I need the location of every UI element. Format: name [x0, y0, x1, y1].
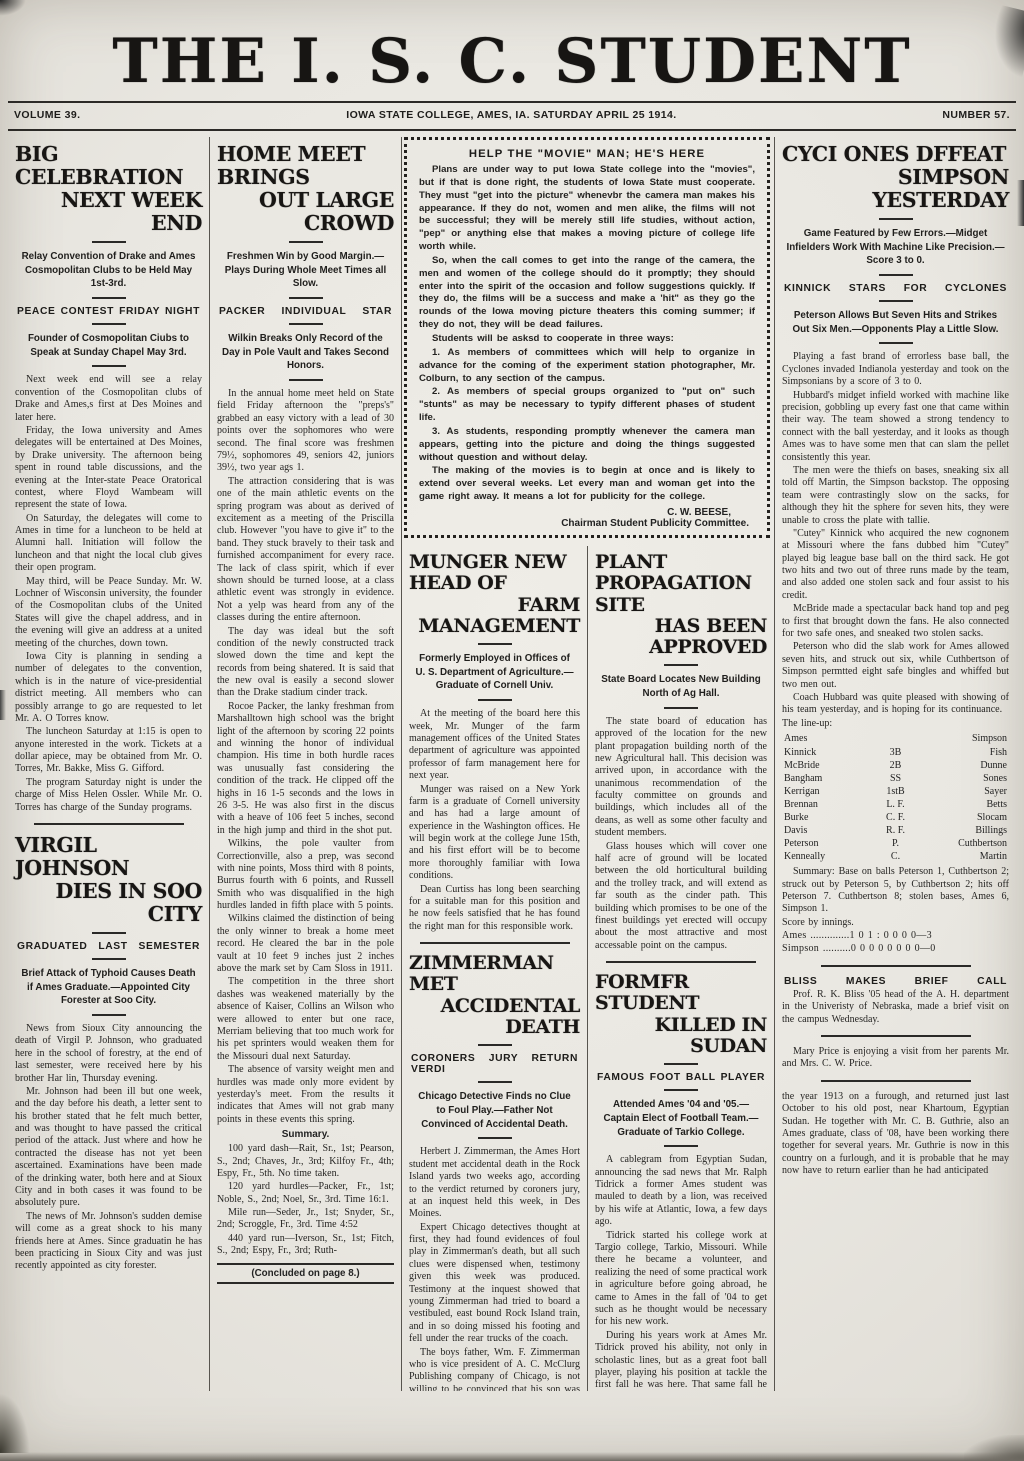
player-name: Brennan [784, 798, 874, 811]
masthead: THE I. S. C. STUDENT VOLUME 39. IOWA STA… [0, 0, 1024, 131]
body-paragraph: Coach Hubbard was quite pleased with sho… [782, 692, 1009, 717]
divider [879, 218, 913, 220]
newspaper-page: THE I. S. C. STUDENT VOLUME 39. IOWA STA… [0, 0, 1024, 1461]
team-name-away: Simpson [918, 732, 1008, 745]
article-headline: BIG CELEBRATIONNEXT WEEK END [15, 143, 202, 235]
lineup-row: BanghamSSSones [784, 772, 1007, 785]
notice-body: Plans are under way to put Iowa State co… [419, 164, 755, 504]
player-name: Martin [918, 850, 1008, 863]
lineup-row: BrennanL. F.Betts [784, 798, 1007, 811]
notice-title: HELP THE "MOVIE" MAN; HE'S HERE [419, 148, 755, 160]
notice-paragraph: 2. As members of special groups organize… [419, 386, 755, 425]
lineup-row: PetersonP.Cuthbertson [784, 837, 1007, 850]
divider [92, 365, 126, 367]
column-1: BIG CELEBRATIONNEXT WEEK ENDRelay Conven… [8, 137, 210, 1391]
headline-line: SIMPSON YESTERDAY [782, 166, 1009, 212]
position: C. F. [874, 811, 918, 824]
divider [478, 1137, 512, 1139]
headline-line: HOME MEET BRINGS [217, 143, 394, 189]
divider [92, 297, 126, 299]
body-paragraph: Hubbard's midget infield worked with mac… [782, 390, 1009, 464]
body-paragraph: On Saturday, the delegates will come to … [15, 513, 202, 575]
position: SS [874, 772, 918, 785]
divider [289, 297, 323, 299]
divider [879, 300, 913, 302]
body-paragraph: The news of Mr. Johnson's sudden demise … [15, 1211, 202, 1273]
player-name: Betts [918, 798, 1008, 811]
player-name: Kinnick [784, 746, 874, 759]
lineup-table: AmesSimpsonKinnick3BFishMcBride2BDunneBa… [784, 732, 1007, 863]
player-name: Sones [918, 772, 1008, 785]
position: P. [874, 837, 918, 850]
player-name: Cuthbertson [918, 837, 1008, 850]
article-headline: FORMFR STUDENTKILLED IN SUDAN [595, 972, 767, 1057]
article-headline: ZIMMERMAN METACCIDENTAL DEATH [409, 953, 580, 1038]
divider [92, 958, 126, 960]
notice-paragraph: 1. As members of committees which will h… [419, 347, 755, 386]
position: R. F. [874, 824, 918, 837]
article-headline: MUNGER NEW HEAD OFFARM MANAGEMENT [409, 552, 580, 637]
divider [289, 323, 323, 325]
body-paragraph: The line-up: [782, 718, 1009, 730]
article-divider [420, 942, 570, 944]
body-paragraph: Wilkins, the pole vaulter from Correctio… [217, 838, 394, 912]
position: 1stB [874, 785, 918, 798]
body-paragraph: 100 yard dash—Rait, Sr., 1st; Pearson, S… [217, 1143, 394, 1180]
lineup-row: KenneallyC.Martin [784, 850, 1007, 863]
article-subhead: CORONERS JURY RETURN VERDI [411, 1053, 578, 1075]
body-paragraph: Mr. Johnson had been ill but one week, a… [15, 1086, 202, 1210]
headline-line: NEXT WEEK END [15, 189, 202, 235]
section-label: Summary. [217, 1129, 394, 1140]
body-paragraph: the year 1913 on a furough, and returned… [782, 1091, 1009, 1178]
body-paragraph: A cablegram from Egyptian Sudan, announc… [595, 1154, 767, 1228]
article-subhead: PEACE CONTEST FRIDAY NIGHT [17, 306, 200, 317]
body-paragraph: The day was ideal but the soft condition… [217, 626, 394, 700]
headline-line: ACCIDENTAL DEATH [409, 996, 580, 1039]
headline-line: MUNGER NEW HEAD OF [409, 552, 580, 595]
lineup-row: BurkeC. F.Slocam [784, 811, 1007, 824]
notice-paragraph: So, when the call comes to get into the … [419, 255, 755, 332]
dateline: IOWA STATE COLLEGE, AMES, IA. SATURDAY A… [346, 109, 676, 121]
headline-line: FORMFR STUDENT [595, 972, 767, 1015]
headline-line: KILLED IN SUDAN [595, 1015, 767, 1058]
body-paragraph: Next week end will see a relay conventio… [15, 374, 202, 424]
volume-label: VOLUME 39. [14, 109, 80, 121]
body-paragraph: Munger was raised on a New York farm is … [409, 784, 580, 883]
article-headline: VIRGIL JOHNSONDIES IN SOO CITY [15, 834, 202, 926]
number-label: NUMBER 57. [942, 109, 1010, 121]
lineup-row: Kinnick3BFish [784, 746, 1007, 759]
divider [879, 274, 913, 276]
player-name: Bangham [784, 772, 874, 785]
print-smudge [1017, 180, 1024, 226]
player-name: Burke [784, 811, 874, 824]
headline-line: FARM MANAGEMENT [409, 595, 580, 638]
body-paragraph: In the annual home meet held on State fi… [217, 388, 394, 475]
article-divider [821, 1080, 971, 1082]
body-paragraph: Mile run—Seder, Jr., 1st; Snyder, Sr., 2… [217, 1207, 394, 1232]
body-paragraph: The attraction considering that is was o… [217, 476, 394, 625]
masthead-infoline: VOLUME 39. IOWA STATE COLLEGE, AMES, IA.… [0, 103, 1024, 125]
divider [664, 1145, 698, 1147]
divider [879, 342, 913, 344]
article-deck: Peterson Allows But Seven Hits and Strik… [786, 309, 1005, 336]
article-deck: State Board Locates New Building North o… [599, 673, 763, 700]
score-line: Simpson ..........0 0 0 0 0 0 0 0—0 [782, 943, 1009, 955]
player-name: McBride [784, 759, 874, 772]
article-divider [821, 965, 971, 967]
article-deck: Chicago Detective Finds no Clue to Foul … [413, 1090, 576, 1131]
article-deck: Freshmen Win by Good Margin.— Plays Duri… [221, 250, 390, 291]
position: C. [874, 850, 918, 863]
body-paragraph: 120 yard hurdles—Packer, Fr., 1st; Noble… [217, 1181, 394, 1206]
body-paragraph: "Cutey" Kinnick who acquired the new cog… [782, 528, 1009, 602]
body-paragraph: News from Sioux City announcing the deat… [15, 1023, 202, 1085]
body-paragraph: The program Saturday night is under the … [15, 777, 202, 814]
body-paragraph: Glass houses which will cover one half a… [595, 841, 767, 953]
article-subhead: PACKER INDIVIDUAL STAR [219, 306, 392, 317]
divider [664, 1089, 698, 1091]
print-smudge [0, 690, 6, 720]
article-headline: HOME MEET BRINGSOUT LARGE CROWD [217, 143, 394, 235]
player-name: Kenneally [784, 850, 874, 863]
article-subhead: FAMOUS FOOT BALL PLAYER [597, 1072, 765, 1083]
article-deck: Founder of Cosmopolitan Ciubs to Speak a… [19, 332, 198, 359]
player-name: Slocam [918, 811, 1008, 824]
body-paragraph: Peterson who did the slab work for Ames … [782, 641, 1009, 691]
article-subhead: BLISS MAKES BRIEF CALL [784, 976, 1007, 987]
body-paragraph: The state board of education has approve… [595, 716, 767, 840]
divider [664, 707, 698, 709]
player-name: Sayer [918, 785, 1008, 798]
divider [664, 664, 698, 666]
body-paragraph: The boys father, Wm. F. Zimmerman who is… [409, 1347, 580, 1391]
lineup-header: AmesSimpson [784, 732, 1007, 745]
body-paragraph: Prof. R. K. Bliss '05 head of the A. H. … [782, 989, 1009, 1026]
body-paragraph: Playing a fast brand of errorless base b… [782, 351, 1009, 388]
article-divider [606, 961, 756, 963]
article-deck: Game Featured by Few Errors.—Midget Infi… [786, 227, 1005, 268]
body-paragraph: The absence of varsity weight men and hu… [217, 1064, 394, 1126]
body-paragraph: Wilkins claimed the distinction of being… [217, 913, 394, 975]
divider [478, 643, 512, 645]
movie-man-notice-box: HELP THE "MOVIE" MAN; HE'S HERE Plans ar… [404, 137, 770, 538]
headline-line: ZIMMERMAN MET [409, 953, 580, 996]
body-paragraph: Summary: Base on balls Peterson 1, Cuthb… [782, 866, 1009, 916]
body-paragraph: Friday, the Iowa university and Ames del… [15, 425, 202, 512]
column-3: MUNGER NEW HEAD OFFARM MANAGEMENTFormerl… [402, 546, 588, 1391]
signature-name: C. W. BEESE, [419, 507, 755, 518]
headline-line: BIG CELEBRATION [15, 143, 202, 189]
lineup-row: DavisR. F.Billings [784, 824, 1007, 837]
article-deck: Attended Ames '04 and '05.—Captain Elect… [599, 1098, 763, 1139]
headline-line: VIRGIL JOHNSON [15, 834, 202, 880]
score-line: Ames ..............1 0 1 : 0 0 0 0—3 [782, 930, 1009, 942]
lineup-row: Kerrigan1stBSayer [784, 785, 1007, 798]
player-name: Dunne [918, 759, 1008, 772]
masthead-rule [8, 129, 1016, 131]
body-paragraph: The competition in the three short dashe… [217, 976, 394, 1063]
article-headline: CYCI ONES DFFEATSIMPSON YESTERDAY [782, 143, 1009, 212]
body-paragraph: Mary Price is enjoying a visit from her … [782, 1046, 1009, 1071]
article-deck: Brief Attack of Typhoid Causes Death if … [19, 967, 198, 1008]
divider [289, 379, 323, 381]
divider [92, 241, 126, 243]
body-paragraph: Herbert J. Zimmerman, the Ames Hort stud… [409, 1146, 580, 1220]
body-paragraph: During his years work at Ames Mr. Tidric… [595, 1330, 767, 1391]
lineup-row: McBride2BDunne [784, 759, 1007, 772]
column-5: CYCI ONES DFFEATSIMPSON YESTERDAYGame Fe… [774, 137, 1016, 1391]
body-paragraph: The luncheon Saturday at 1:15 is open to… [15, 726, 202, 776]
divider [478, 1044, 512, 1046]
headline-line: OUT LARGE CROWD [217, 189, 394, 235]
divider [289, 241, 323, 243]
article-deck: Relay Convention of Drake and Ames Cosmo… [19, 250, 198, 291]
column-2: HOME MEET BRINGSOUT LARGE CROWDFreshmen … [210, 137, 402, 1391]
player-name: Billings [918, 824, 1008, 837]
body-paragraph: Expert Chicago detectives thought at fir… [409, 1222, 580, 1346]
body-paragraph: Tidrick started his college work at Targ… [595, 1230, 767, 1329]
position: 2B [874, 759, 918, 772]
article-deck: Formerly Employed in Offices of U. S. De… [413, 652, 576, 693]
column-grid: BIG CELEBRATIONNEXT WEEK ENDRelay Conven… [8, 137, 1016, 1391]
divider [478, 1081, 512, 1083]
body-paragraph: The men were the thiefs on bases, sneaki… [782, 465, 1009, 527]
column-4: PLANT PROPAGATION SITEHAS BEEN APPROVEDS… [588, 546, 774, 1391]
spacer [874, 732, 918, 745]
star-border-box: HELP THE "MOVIE" MAN; HE'S HERE Plans ar… [404, 137, 770, 538]
body-paragraph: 440 yard run—Iverson, Sr., 1st; Fitch, S… [217, 1233, 394, 1258]
body-paragraph: Score by innings. [782, 917, 1009, 929]
player-name: Peterson [784, 837, 874, 850]
headline-line: HAS BEEN APPROVED [595, 616, 767, 659]
divider [664, 1063, 698, 1065]
notice-paragraph: Students will be asksd to cooperate in t… [419, 333, 755, 346]
divider [92, 1014, 126, 1016]
team-name-home: Ames [784, 732, 874, 745]
divider [92, 932, 126, 934]
article-deck: Wilkin Breaks Only Record of the Day in … [221, 332, 390, 373]
body-paragraph: Iowa City is planning in sending a numbe… [15, 651, 202, 725]
article-divider [34, 823, 184, 825]
divider [92, 323, 126, 325]
print-smudge [0, 1393, 30, 1453]
position: L. F. [874, 798, 918, 811]
newspaper-title: THE I. S. C. STUDENT [0, 30, 1024, 94]
position: 3B [874, 746, 918, 759]
player-name: Davis [784, 824, 874, 837]
scan-edge [0, 1452, 1024, 1461]
body-paragraph: At the meeting of the board here this we… [409, 708, 580, 782]
notice-paragraph: The making of the movies is to begin at … [419, 465, 755, 504]
divider [478, 699, 512, 701]
article-subhead: GRADUATED LAST SEMESTER [17, 941, 200, 952]
body-paragraph: McBride made a spectacular back hand top… [782, 603, 1009, 640]
article-subhead: KINNICK STARS FOR CYCLONES [784, 283, 1007, 294]
body-paragraph: May third, will be Peace Sunday. Mr. W. … [15, 576, 202, 650]
body-paragraph: Rocoe Packer, the lanky freshman from Ma… [217, 701, 394, 837]
article-divider [821, 1035, 971, 1037]
player-name: Fish [918, 746, 1008, 759]
player-name: Kerrigan [784, 785, 874, 798]
signature-role: Chairman Student Publicity Committee. [419, 518, 755, 529]
notice-paragraph: 3. As students, responding promptly when… [419, 426, 755, 465]
notice-paragraph: Plans are under way to put Iowa State co… [419, 164, 755, 254]
headline-line: CYCI ONES DFFEAT [782, 143, 1009, 166]
article-headline: PLANT PROPAGATION SITEHAS BEEN APPROVED [595, 552, 767, 658]
headline-line: PLANT PROPAGATION SITE [595, 552, 767, 616]
headline-line: DIES IN SOO CITY [15, 880, 202, 926]
continuation-note: (Concluded on page 8.) [217, 1263, 394, 1284]
body-paragraph: Dean Curtiss has long been searching for… [409, 884, 580, 934]
